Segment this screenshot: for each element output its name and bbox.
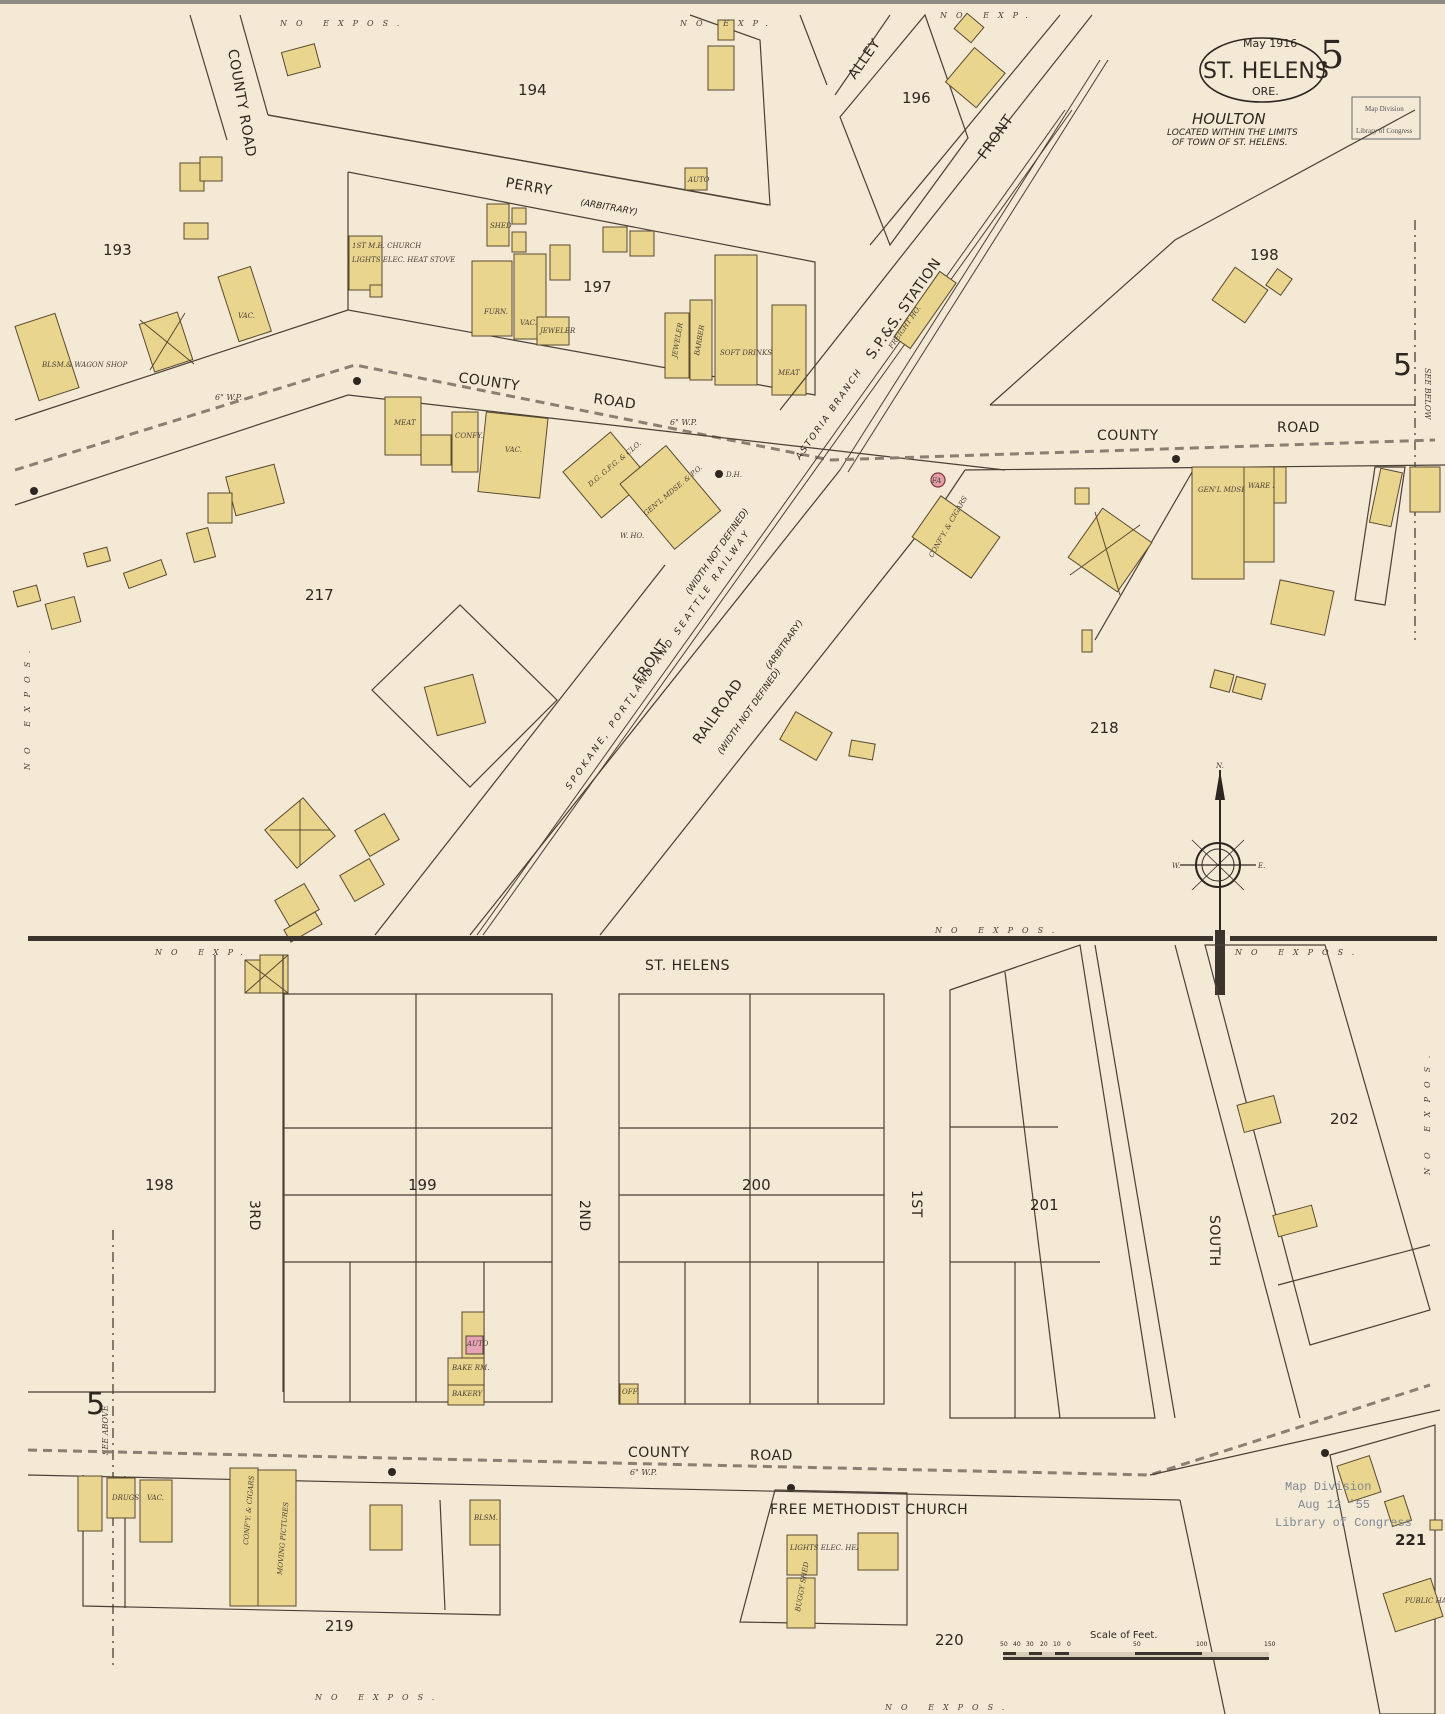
svg-text:NO EXP.: NO EXP. xyxy=(939,11,1037,20)
svg-text:6" W.P.: 6" W.P. xyxy=(215,393,242,402)
svg-text:SEE BELOW: SEE BELOW xyxy=(1423,368,1432,420)
building-vac-219 xyxy=(140,1480,172,1542)
title-date: May 1916 xyxy=(1243,37,1297,50)
svg-text:FURN.: FURN. xyxy=(483,308,508,316)
hydrant-icon xyxy=(1321,1449,1329,1457)
block-197: 197 xyxy=(583,278,612,296)
block-221: 221 xyxy=(1395,1531,1426,1549)
scale-label: Scale of Feet. xyxy=(1090,1630,1158,1641)
svg-text:W.: W. xyxy=(1172,862,1180,870)
svg-text:NO EXPOS.: NO EXPOS. xyxy=(934,926,1063,935)
svg-text:Library of Congress: Library of Congress xyxy=(1275,1516,1412,1530)
street-label-county-e: COUNTY xyxy=(1097,428,1159,444)
svg-text:NO EXPOS.: NO EXPOS. xyxy=(1423,1047,1432,1176)
svg-text:SEE ABOVE: SEE ABOVE xyxy=(101,1405,110,1455)
street-label-road-s: ROAD xyxy=(750,1448,793,1464)
svg-text:MEAT: MEAT xyxy=(393,419,417,427)
building-vac-county xyxy=(478,412,548,498)
svg-text:OFF.: OFF. xyxy=(622,1388,639,1396)
title-city: ST. HELENS xyxy=(1203,59,1329,84)
building-confy xyxy=(452,412,478,472)
svg-text:MEAT: MEAT xyxy=(777,369,801,377)
svg-text:BAKE RM.: BAKE RM. xyxy=(451,1364,489,1372)
svg-text:SOFT DRINKS: SOFT DRINKS xyxy=(720,349,772,357)
svg-text:40: 40 xyxy=(1013,1641,1021,1648)
building-moving-pictures xyxy=(258,1470,296,1606)
block-200: 200 xyxy=(742,1176,771,1194)
hydrant-icon xyxy=(30,487,38,495)
block-199: 199 xyxy=(408,1176,437,1194)
street-label-1st: 1ST xyxy=(908,1190,924,1218)
hydrant-icon xyxy=(353,377,361,385)
block-220: 220 xyxy=(935,1631,964,1649)
sheet-divider xyxy=(28,936,1213,941)
block-201: 201 xyxy=(1030,1196,1059,1214)
svg-text:AUTO: AUTO xyxy=(687,176,710,184)
building-soft-drinks xyxy=(715,255,757,385)
expos-top-left: NO EXPOS. xyxy=(279,19,408,28)
block-194: 194 xyxy=(518,81,547,99)
svg-text:0: 0 xyxy=(1067,1641,1071,1648)
building-blsm xyxy=(470,1500,500,1545)
svg-text:VAC.: VAC. xyxy=(238,312,255,320)
building-furn xyxy=(472,261,512,336)
block-198-top: 198 xyxy=(1250,246,1279,264)
svg-text:6" W.P.: 6" W.P. xyxy=(670,418,697,427)
building-cobbler xyxy=(1274,467,1286,503)
svg-text:NO EXP.: NO EXP. xyxy=(154,948,252,957)
block-202: 202 xyxy=(1330,1110,1359,1128)
sanborn-map: COUNTY ROAD NO EXPOS. 194 AUTO NO EXP. P… xyxy=(0,0,1445,1714)
svg-text:VAC.: VAC. xyxy=(147,1494,164,1502)
svg-text:BLSM.& WAGON SHOP: BLSM.& WAGON SHOP xyxy=(41,361,128,369)
svg-text:150: 150 xyxy=(1264,1641,1276,1648)
hydrant-icon xyxy=(715,470,723,478)
svg-text:E.: E. xyxy=(1257,862,1265,870)
svg-text:50: 50 xyxy=(1133,1641,1141,1648)
svg-text:100: 100 xyxy=(1196,1641,1208,1648)
svg-text:W. HO.: W. HO. xyxy=(620,532,644,540)
svg-text:AUTO: AUTO xyxy=(466,1340,489,1348)
svg-text:VAC.: VAC. xyxy=(520,319,537,327)
title-state: ORE. xyxy=(1252,85,1279,98)
building-genl-mdse xyxy=(1192,467,1244,579)
svg-text:6" W.P.: 6" W.P. xyxy=(630,1468,657,1477)
svg-text:10: 10 xyxy=(1053,1641,1061,1648)
block-217: 217 xyxy=(305,586,334,604)
street-label-2nd: 2ND xyxy=(576,1200,592,1232)
free-methodist-church-label: FREE METHODIST CHURCH xyxy=(770,1502,968,1518)
svg-text:JEWELER: JEWELER xyxy=(538,327,576,335)
svg-text:50: 50 xyxy=(1000,1641,1008,1648)
svg-text:1ST M.E. CHURCH: 1ST M.E. CHURCH xyxy=(352,242,422,250)
svg-text:PUBLIC HALL: PUBLIC HALL xyxy=(1404,1597,1445,1605)
hydrant-icon xyxy=(1172,455,1180,463)
street-label-county-s: COUNTY xyxy=(628,1445,690,1461)
svg-text:NO EXPOS.: NO EXPOS. xyxy=(314,1693,443,1702)
street-label-south: SOUTH xyxy=(1206,1215,1222,1267)
svg-text:Map Division: Map Division xyxy=(1285,1480,1371,1494)
svg-text:BAKERY: BAKERY xyxy=(451,1390,484,1398)
svg-text:NO EXPOS.: NO EXPOS. xyxy=(23,642,32,771)
svg-text:FA: FA xyxy=(931,477,941,485)
svg-text:Map Division: Map Division xyxy=(1365,105,1404,113)
street-label-st-helens: ST. HELENS xyxy=(645,958,730,974)
block-218: 218 xyxy=(1090,719,1119,737)
svg-text:DRUGS: DRUGS xyxy=(111,1494,139,1502)
svg-text:Library of Congress: Library of Congress xyxy=(1356,127,1413,135)
svg-text:SHED: SHED xyxy=(490,222,512,230)
street-label-road-e: ROAD xyxy=(1277,420,1320,436)
svg-text:N.: N. xyxy=(1215,762,1224,770)
block-193: 193 xyxy=(103,241,132,259)
svg-text:NO EXPOS.: NO EXPOS. xyxy=(1234,948,1363,957)
svg-text:20: 20 xyxy=(1040,1641,1048,1648)
svg-text:NO EXPOS.: NO EXPOS. xyxy=(884,1703,1013,1712)
svg-text:BLSM.: BLSM. xyxy=(473,1514,498,1522)
block-196: 196 xyxy=(902,89,931,107)
svg-text:GEN'L MDSE.: GEN'L MDSE. xyxy=(1198,486,1249,494)
expos-top-mid: NO EXP. xyxy=(679,19,777,28)
svg-text:30: 30 xyxy=(1026,1641,1034,1648)
sheet-number: 5 xyxy=(1320,33,1344,77)
svg-text:Aug 12 '55: Aug 12 '55 xyxy=(1298,1498,1370,1512)
sheet-ref-right: 5 xyxy=(1393,348,1412,383)
block-219: 219 xyxy=(325,1617,354,1635)
svg-text:D.H.: D.H. xyxy=(725,471,742,479)
svg-text:OF TOWN OF ST. HELENS.: OF TOWN OF ST. HELENS. xyxy=(1172,138,1288,148)
svg-text:LIGHTS ELEC. HEAT STOVE: LIGHTS ELEC. HEAT STOVE xyxy=(351,256,455,264)
hydrant-icon xyxy=(388,1468,396,1476)
block-198-bottom: 198 xyxy=(145,1176,174,1194)
svg-text:VAC.: VAC. xyxy=(505,446,522,454)
subtitle-houlton: HOULTON xyxy=(1192,110,1266,128)
svg-text:CONFY.: CONFY. xyxy=(455,432,483,440)
svg-text:LOCATED WITHIN THE LIMITS: LOCATED WITHIN THE LIMITS xyxy=(1167,128,1298,138)
building-meat-north xyxy=(772,305,806,395)
street-label-3rd: 3RD xyxy=(246,1200,262,1231)
